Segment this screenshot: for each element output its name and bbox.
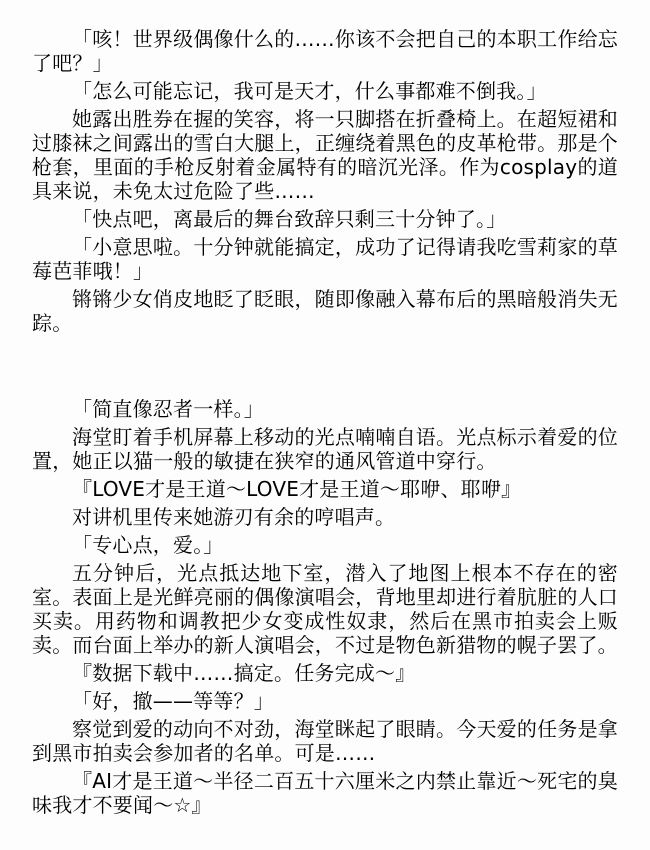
paragraph: 「咳！世界级偶像什么的……你该不会把自己的本职工作给忘了吧？」 (32, 27, 618, 75)
paragraph: 她露出胜券在握的笑容，将一只脚搭在折叠椅上。在超短裙和过膝袜之间露出的雪白大腿上… (32, 107, 618, 203)
paragraph: 「快点吧，离最后的舞台致辞只剩三十分钟了。」 (32, 207, 618, 231)
scene-break-spacer (32, 339, 618, 397)
text-section-1: 「咳！世界级偶像什么的……你该不会把自己的本职工作给忘了吧？」 「怎么可能忘记，… (32, 27, 618, 335)
paragraph: 海堂盯着手机屏幕上移动的光点喃喃自语。光点标示着爱的位置，她正以猫一般的敏捷在狭… (32, 425, 618, 473)
paragraph: 「专心点，爱。」 (32, 533, 618, 557)
paragraph: 锵锵少女俏皮地眨了眨眼，随即像融入幕布后的黑暗般消失无踪。 (32, 287, 618, 335)
text-section-2: 「简直像忍者一样。」 海堂盯着手机屏幕上移动的光点喃喃自语。光点标示着爱的位置，… (32, 397, 618, 817)
paragraph: 「简直像忍者一样。」 (32, 397, 618, 421)
paragraph: 「怎么可能忘记，我可是天才，什么事都难不倒我。」 (32, 79, 618, 103)
paragraph: 「好，撤——等等？」 (32, 689, 618, 713)
paragraph: 「小意思啦。十分钟就能搞定，成功了记得请我吃雪莉家的草莓芭菲哦！」 (32, 235, 618, 283)
paragraph: 『LOVE才是王道～LOVE才是王道～耶咿、耶咿』 (32, 477, 618, 501)
paragraph: 对讲机里传来她游刃有余的哼唱声。 (32, 505, 618, 529)
paragraph: 『AI才是王道～半径二百五十六厘米之内禁止靠近～死宅的臭味我才不要闻～☆』 (32, 769, 618, 817)
novel-page: 「咳！世界级偶像什么的……你该不会把自己的本职工作给忘了吧？」 「怎么可能忘记，… (0, 0, 650, 850)
paragraph: 察觉到爱的动向不对劲，海堂眯起了眼睛。今天爱的任务是拿到黑市拍卖会参加者的名单。… (32, 717, 618, 765)
paragraph: 五分钟后，光点抵达地下室，潜入了地图上根本不存在的密室。表面上是光鲜亮丽的偶像演… (32, 561, 618, 657)
paragraph: 『数据下载中……搞定。任务完成～』 (32, 661, 618, 685)
